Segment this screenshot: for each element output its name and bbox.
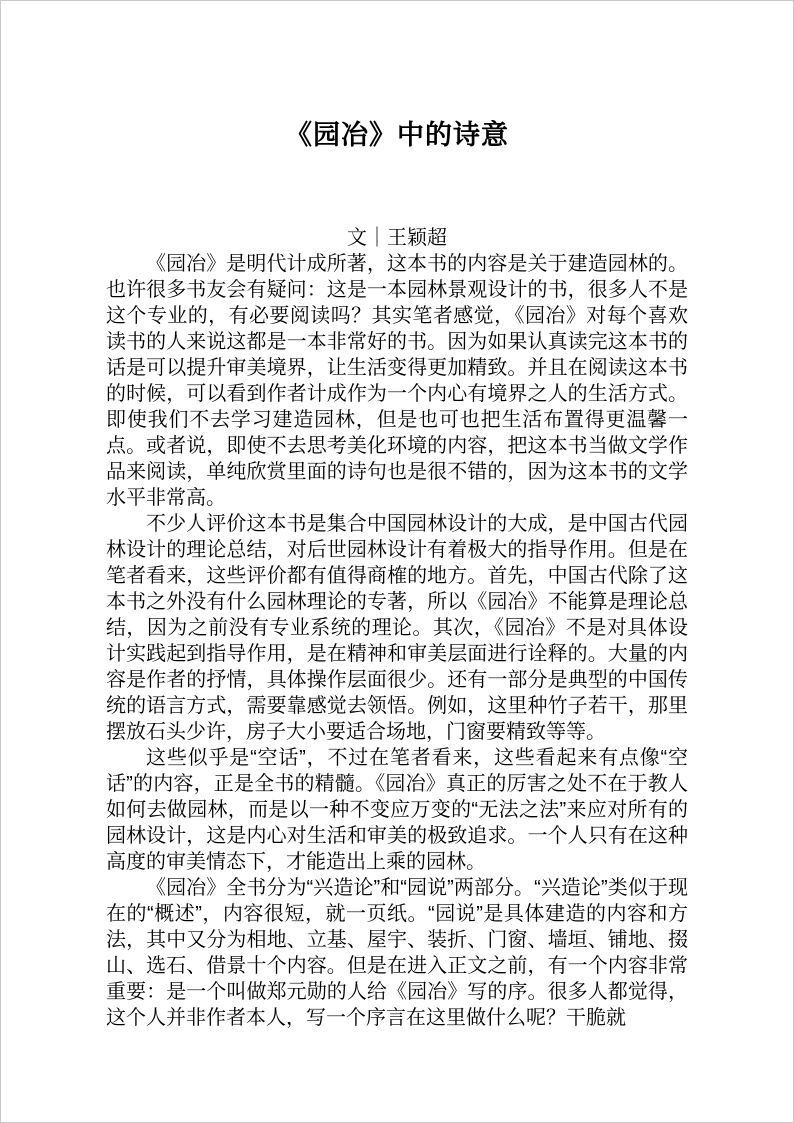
article-byline: 文｜王颖超 — [106, 225, 688, 251]
paragraph-2: 不少人评价这本书是集合中国园林设计的大成，是中国古代园林设计的理论总结，对后世园… — [106, 511, 688, 745]
document-content: 《园冶》中的诗意 文｜王颖超 《园冶》是明代计成所著，这本书的内容是关于建造园林… — [106, 0, 688, 1031]
paragraph-4: 《园冶》全书分为“兴造论”和“园说”两部分。“兴造论”类似于现在的“概述”，内容… — [106, 875, 688, 1031]
paragraph-1: 《园冶》是明代计成所著，这本书的内容是关于建造园林的。也许很多书友会有疑问：这是… — [106, 251, 688, 511]
article-title: 《园冶》中的诗意 — [106, 0, 688, 154]
document-page: 《园冶》中的诗意 文｜王颖超 《园冶》是明代计成所著，这本书的内容是关于建造园林… — [0, 0, 794, 1123]
paragraph-3: 这些似乎是“空话”，不过在笔者看来，这些看起来有点像“空话”的内容，正是全书的精… — [106, 745, 688, 875]
